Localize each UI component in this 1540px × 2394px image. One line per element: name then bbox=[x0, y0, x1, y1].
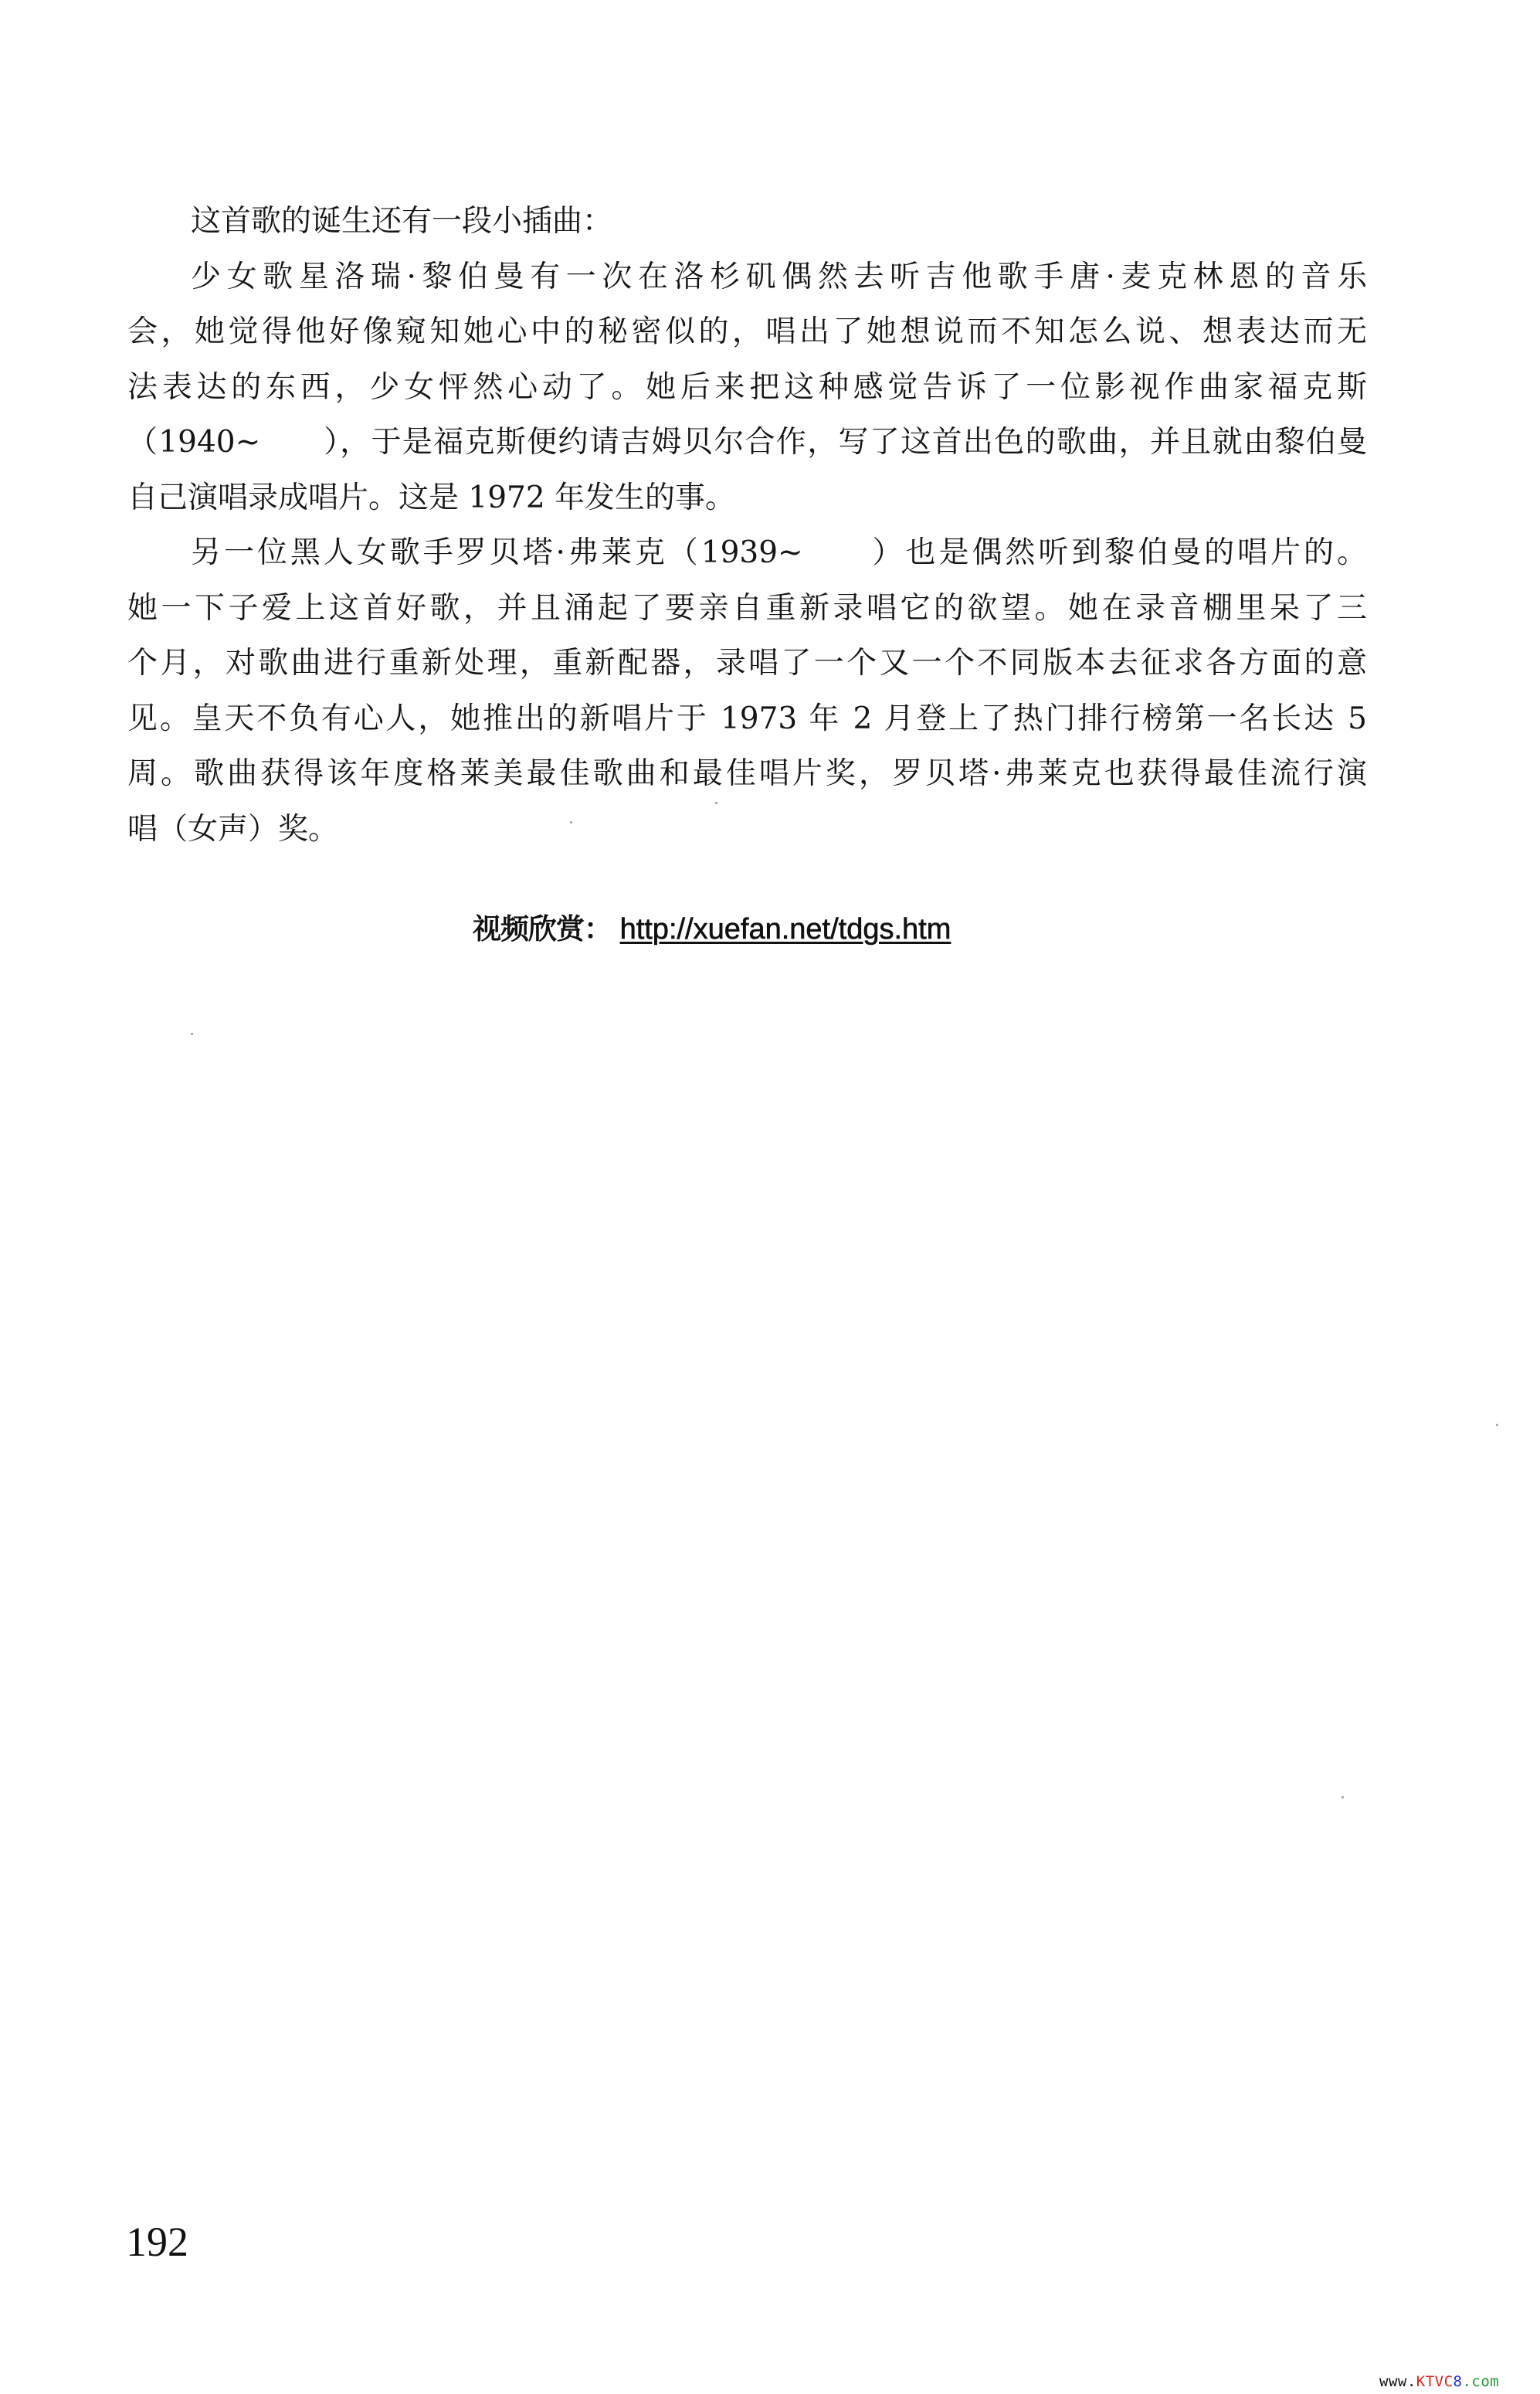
watermark-part-8: 8 bbox=[1454, 2373, 1463, 2390]
watermark-part-com: .com bbox=[1462, 2373, 1499, 2390]
paragraph-3-line-3: 个月，对歌曲进行重新处理，重新配器，录唱了一个又一个不同版本去征求各方面的意 bbox=[127, 636, 1367, 691]
document-page: 这首歌的诞生还有一段小插曲： 少女歌星洛瑞·黎伯曼有一次在洛杉矶偶然去听吉他歌手… bbox=[0, 0, 1540, 2394]
video-link-label: 视频欣赏： bbox=[473, 912, 612, 946]
video-link-line: 视频欣赏： http://xuefan.net/tdgs.htm bbox=[473, 910, 951, 949]
watermark-part-ktvc: KTVC bbox=[1416, 2373, 1454, 2390]
body-text: 这首歌的诞生还有一段小插曲： 少女歌星洛瑞·黎伯曼有一次在洛杉矶偶然去听吉他歌手… bbox=[127, 194, 1367, 857]
scan-speck bbox=[570, 821, 572, 823]
paragraph-3-line-2: 她一下子爱上这首好歌，并且涌起了要亲自重新录唱它的欲望。她在录音棚里呆了三 bbox=[127, 581, 1367, 637]
watermark: www.KTVC8.com bbox=[1379, 2373, 1499, 2390]
paragraph-3-line-6: 唱（女声）奖。 bbox=[127, 802, 1367, 857]
scan-speck bbox=[1342, 1796, 1344, 1798]
paragraph-3-line-1: 另一位黑人女歌手罗贝塔·弗莱克（1939~ ）也是偶然听到黎伯曼的唱片的。 bbox=[127, 525, 1367, 581]
scan-speck bbox=[715, 802, 717, 804]
page-number: 192 bbox=[126, 2220, 188, 2263]
paragraph-2-line-4: （1940~ ），于是福克斯便约请吉姆贝尔合作，写了这首出色的歌曲，并且就由黎伯… bbox=[127, 415, 1367, 470]
paragraph-1-line-1: 这首歌的诞生还有一段小插曲： bbox=[127, 194, 1367, 250]
scan-speck bbox=[191, 1033, 193, 1035]
paragraph-2-line-1: 少女歌星洛瑞·黎伯曼有一次在洛杉矶偶然去听吉他歌手唐·麦克林恩的音乐 bbox=[127, 250, 1367, 305]
paragraph-2-line-5: 自己演唱录成唱片。这是 1972 年发生的事。 bbox=[127, 470, 1367, 526]
scan-speck bbox=[1496, 1424, 1498, 1426]
watermark-part-www: www. bbox=[1379, 2373, 1416, 2390]
paragraph-2-line-2: 会，她觉得他好像窥知她心中的秘密似的，唱出了她想说而不知怎么说、想表达而无 bbox=[127, 304, 1367, 360]
paragraph-3-line-4: 见。皇天不负有心人，她推出的新唱片于 1973 年 2 月登上了热门排行榜第一名… bbox=[127, 691, 1367, 747]
paragraph-2-line-3: 法表达的东西，少女怦然心动了。她后来把这种感觉告诉了一位影视作曲家福克斯 bbox=[127, 360, 1367, 416]
video-link-url[interactable]: http://xuefan.net/tdgs.htm bbox=[620, 913, 951, 946]
paragraph-3-line-5: 周。歌曲获得该年度格莱美最佳歌曲和最佳唱片奖，罗贝塔·弗莱克也获得最佳流行演 bbox=[127, 746, 1367, 802]
